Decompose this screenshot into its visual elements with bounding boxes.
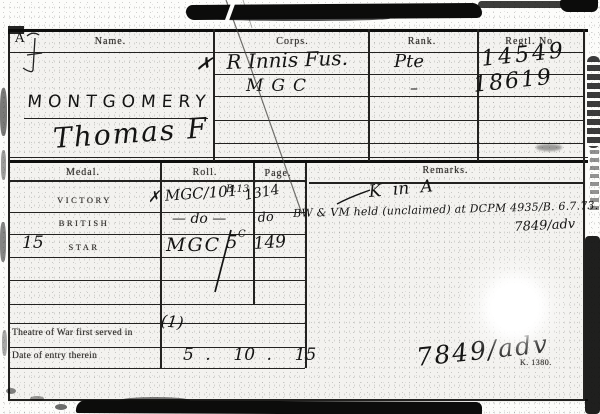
bottom-left-speck-3 [55,404,67,410]
divider-heavy [8,160,588,163]
british-page-entry: do [257,210,274,226]
top-edge-blotch-3 [478,1,564,8]
right-edge-blotch-2 [590,150,599,210]
theatre-row-top-line [8,323,305,325]
theatre-of-war-label: Theatre of War first served in [12,328,133,338]
service-row-line-3 [215,120,583,122]
remarks-header-underline [309,182,583,184]
card-corner-blotch [8,26,24,34]
corps-rank-separator [368,29,370,161]
service-row-line-4 [215,143,583,145]
right-edge-blotch-3 [585,236,600,414]
bottom-left-speck-2 [30,396,44,401]
rank-entry-2: – [410,78,418,97]
left-edge-speck-3 [0,222,6,262]
star-roll-superscript: C [238,229,246,240]
british-medal-label: British [54,218,114,228]
medal-column-header: Medal. [38,167,128,178]
card-top-border [8,29,588,32]
faint-smudge [536,144,562,151]
medal-index-card-scan: Name. Corps. Rank. Regtl. No. Medal. Rol… [0,0,600,414]
corps-entry-1: R Innis Fus. [226,46,348,74]
rank-column-header: Rank. [378,36,466,47]
star-medal-label: Star [62,242,106,252]
victory-medal-label: Victory [52,195,117,205]
bottom-edge-blotch-2 [120,397,190,404]
top-edge-blotch-2 [210,16,390,21]
left-edge-speck-4 [2,330,7,356]
left-edge-speck-1 [0,88,7,136]
remarks-column-header: Remarks. [388,165,503,176]
scan-white-spot [492,284,538,330]
theatre-of-war-value: (1) [160,311,185,332]
left-edge-speck-2 [1,150,6,180]
medal-header-underline [8,180,305,182]
date-of-entry-value: 5 . 10 . 15 [183,345,316,365]
page-remarks-separator [305,163,307,368]
bottom-left-speck-1 [6,388,16,394]
star-prefix-entry: 15 [22,233,44,253]
empty-row-line-2 [8,304,305,306]
check-mark: ✗ [195,52,214,76]
surname-entry: MONTGOMERY [27,92,213,112]
page-column-header: Page. [252,168,304,179]
right-edge-blotch-1 [587,56,600,148]
empty-row-line-1 [8,280,305,282]
star-row-line [8,257,305,259]
roll-column-header: Roll. [170,167,240,178]
rank-entry-1: Pte [394,51,424,72]
top-right-blotch [560,0,598,12]
card-left-border [8,29,10,401]
star-roll-entry: MGC [166,234,221,256]
date-row-line [8,368,305,370]
name-column-header: Name. [58,36,163,47]
star-roll-number: 5 [226,232,237,253]
date-of-entry-label: Date of entry therein [12,351,97,361]
name-corps-separator [213,29,215,161]
divider-thin [8,157,588,158]
corps-entry-2: MGC [246,76,314,96]
british-roll-entry: — do — [172,211,226,227]
star-page-entry: 149 [253,232,287,254]
remarks-reference-number: 7849/adv [514,217,576,235]
